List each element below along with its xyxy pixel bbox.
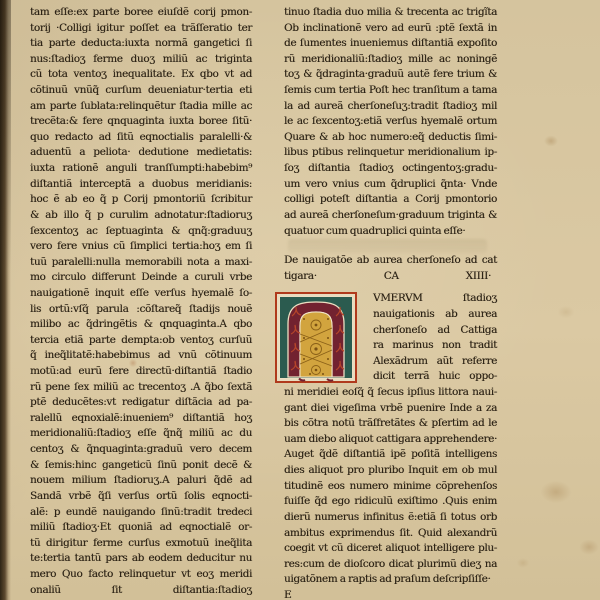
text-line: le ac ſexcentoʒ:etiã verſus hyemalẽ ortu… — [284, 114, 497, 130]
text-line: uam diebo aliquot cattigara apprehendere… — [284, 432, 497, 448]
text-line: colligi poteſt diſtantia a Corij pmontor… — [284, 192, 497, 208]
text-line: fuiſſe q̃d ego ridiculũ exiſtimo .Quis e… — [284, 494, 497, 510]
text-line: rũ pene ſex miliũ ac trecentoʒ .A q̃bo ſ… — [30, 380, 252, 396]
text-line: miliũ ſtadioʒ·Et quoniã ad eqnoctialẽ or… — [30, 520, 252, 536]
text-line: ptẽ deducẽtes:vt redigatur diſtãcia ad p… — [30, 395, 252, 411]
book-page: tam eſſe:ex parte boree eiuſdẽ corij pmo… — [0, 0, 600, 600]
text-line: vero fere vnius cũ ſimplici tertia:hoʒ e… — [30, 239, 252, 255]
text-line: uigatõnem a raptis ad praſum deſcripſiſſ… — [284, 572, 497, 588]
text-line: tercia etiã parte dempta:ob ventoʒ curſu… — [30, 333, 252, 349]
left-text-column: tam eſſe:ex parte boree eiuſdẽ corij pmo… — [30, 5, 252, 598]
text-line: am parte ſublata:relinquẽtur ſtadia mill… — [30, 99, 252, 115]
chapter-abbrev: CA — [384, 269, 399, 285]
page-left-edge — [0, 0, 11, 600]
text-line: ſemis cum tertia Poſt hec tranſitum a ta… — [284, 83, 497, 99]
text-line: Quare & ab hoc numero:eq̃ deductis ſimi- — [284, 130, 497, 146]
text-line: tam eſſe:ex parte boree eiuſdẽ corij pmo… — [30, 5, 252, 21]
text-line: cũ tota ventoʒ inequalitate. Ex qbo vt a… — [30, 67, 252, 83]
text-line: nouem milium ſtadioruʒ.A paluri q̃dẽ ad — [30, 473, 252, 489]
right-text-column: tinuo ſtadia duo milia & trecenta ac tri… — [284, 5, 497, 598]
text-line: dierũ numerus infinitus ẽ:etiã ſi totus … — [284, 510, 497, 526]
text-line: mero Quo facto relinquetur vt eoʒ meridi — [30, 567, 252, 583]
chapter-heading: De nauigatõe ab aurea cherſoneſo ad cat … — [284, 253, 497, 284]
text-line: trecẽta:& fere qnquaginta iuxta boree ſi… — [30, 114, 252, 130]
text-line: Sandã vrbẽ q̃ſi verſus ortũ ſolis eqnoct… — [30, 489, 252, 505]
text-line: quo redacto ad ſitũ eqnoctialis paralell… — [30, 130, 252, 146]
text-line: hoc ẽ ab eo q̃ p Corij pmontoriũ ſcribit… — [30, 192, 252, 208]
text-line: ralellũ eqnoxialẽ:inueniem⁹ diſtantiã ho… — [30, 411, 252, 427]
text-line: rũ meridionaliũ:ſtadioʒ mille ac noningẽ — [284, 52, 497, 68]
text-line: mo circulo differunt Deinde a curuli vrb… — [30, 270, 252, 286]
text-line: te:tertia tantũ pars ab eodem deducitur … — [30, 551, 252, 567]
text-line: toʒ & q̃draginta·graduũ autẽ fere trium … — [284, 67, 497, 83]
text-line: res:cum de dioſcoro dicat plurimũ dieʒ n… — [284, 557, 497, 573]
text-line: coegit vt cũ diceret aliquot intelligere… — [284, 541, 497, 557]
text-line: onaliũ ſit diſtantia:ſtadioʒ — [30, 583, 252, 599]
text-line: ſoʒ diſtantia ſtadioʒ octingentoʒ:gradu- — [284, 161, 497, 177]
chapter-opening: N — [284, 291, 497, 598]
chapter-title: De nauigatõe ab aurea cherſoneſo ad cat — [284, 253, 497, 269]
text-line: tuũ paralelli:nulla memorabili nota a ma… — [30, 255, 252, 271]
illuminated-initial: N — [275, 292, 364, 384]
text-line: lis ortũ:vſq̃ parula :cõſtareq̃ ſtadijs … — [30, 302, 252, 318]
text-line: nauigationẽ inquit eſſe verſus hyemalẽ ſ… — [30, 286, 252, 302]
text-line: & ab illo q̃ p curulim adnotatur:ſtadior… — [30, 208, 252, 224]
text-line: aduentũ a peliota· dedutione medietatis: — [30, 145, 252, 161]
text-line: meridionaliũ:ſtadioʒ eſſe q̃nq̃ miliũ ac… — [30, 426, 252, 442]
text-line: milibo ac q̃dringẽtis & qnquaginta.A qbo — [30, 317, 252, 333]
text-line: tia parte deducta:iuxta normã gangetici … — [30, 36, 252, 52]
text-line: ambitus exprimendus ſit. Quid alexandrũ — [284, 526, 497, 542]
show-through-smudge — [288, 239, 487, 253]
text-line: cõtinuũ vnũq̃ curſum deueniatur·tertia e… — [30, 83, 252, 99]
text-line: motũ:ad eurũ fere directũ·diſtantiã ſtad… — [30, 364, 252, 380]
text-line: de ſumentes inueniemus diſtantiã expoſit… — [284, 36, 497, 52]
text-line: diſtantiã interceptã a duobus meridianis… — [30, 177, 252, 193]
text-line: libus ptibus relinquetur meridionalium i… — [284, 145, 497, 161]
text-line: iuxta rationẽ anguli tranſſumpti:habebim… — [30, 161, 252, 177]
text-line: Ob inclinationẽ vero ad eurũ :ptẽ ſextã … — [284, 21, 497, 37]
text-line: tinuo ſtadia duo milia & trecenta ac tri… — [284, 5, 497, 21]
right-upper-paragraph: tinuo ſtadia duo milia & trecenta ac tri… — [284, 5, 497, 239]
text-line: ſexcentoʒ ac ſeptuaginta & qnq̃:graduuʒ — [30, 224, 252, 240]
text-line: nus:ſtadioʒ ferme duoʒ miliũ ac triginta — [30, 52, 252, 68]
text-line: ad aureã cherſoneſum·graduum triginta & — [284, 208, 497, 224]
text-line: torij ·Colligi igitur poſſet ea trãſſera… — [30, 21, 252, 37]
text-line: alẽ: p eundẽ nauigando ſinũ:tradit trede… — [30, 505, 252, 521]
cut-off-line: E — [284, 588, 497, 598]
text-line: la ad aureã cherſoneſuʒ:tradit ſtadioʒ m… — [284, 99, 497, 115]
chapter-heading-line2: tigara· CA XIIII· — [284, 269, 497, 285]
chapter-title-carry: tigara· — [284, 269, 317, 285]
text-line: & ſemis:hinc gangeticũ ſinũ ponit decẽ & — [30, 458, 252, 474]
text-line: q̃ ineq̃litatẽ:habebimus ad vnũ cõtinuum — [30, 348, 252, 364]
text-line: Auget q̃dẽ diſtantiã ipẽ poſitã intellig… — [284, 447, 497, 463]
text-line: gant diei vigeſima vrbẽ puenire Inde a z… — [284, 401, 497, 417]
text-line: ni meridiei eoſq̃ q̃ ſecus ipſius littor… — [284, 385, 497, 401]
text-line: centoʒ & q̃nquaginta:graduũ vero decem — [30, 442, 252, 458]
chapter-number: XIIII· — [466, 269, 491, 285]
text-line: titudinẽ eos numero minime cõprehenſos — [284, 479, 497, 495]
text-line: um vero vnius cum q̃druplici q̃nta· Vnde — [284, 177, 497, 193]
text-line: bis cõtra notũ trãſfretãtes & pſertim ad… — [284, 416, 497, 432]
text-line: tũ dirigitur ferme curſus exmotuũ ineq̃l… — [30, 536, 252, 552]
right-lower-paragraph: ni meridiei eoſq̃ q̃ ſecus ipſius littor… — [284, 385, 497, 588]
text-line: dies aliquot pro pluribo Inquit em ob mu… — [284, 463, 497, 479]
text-line: quatuor cum quadruplici quinta eſſe· — [284, 224, 497, 240]
initial-artwork — [275, 292, 357, 383]
